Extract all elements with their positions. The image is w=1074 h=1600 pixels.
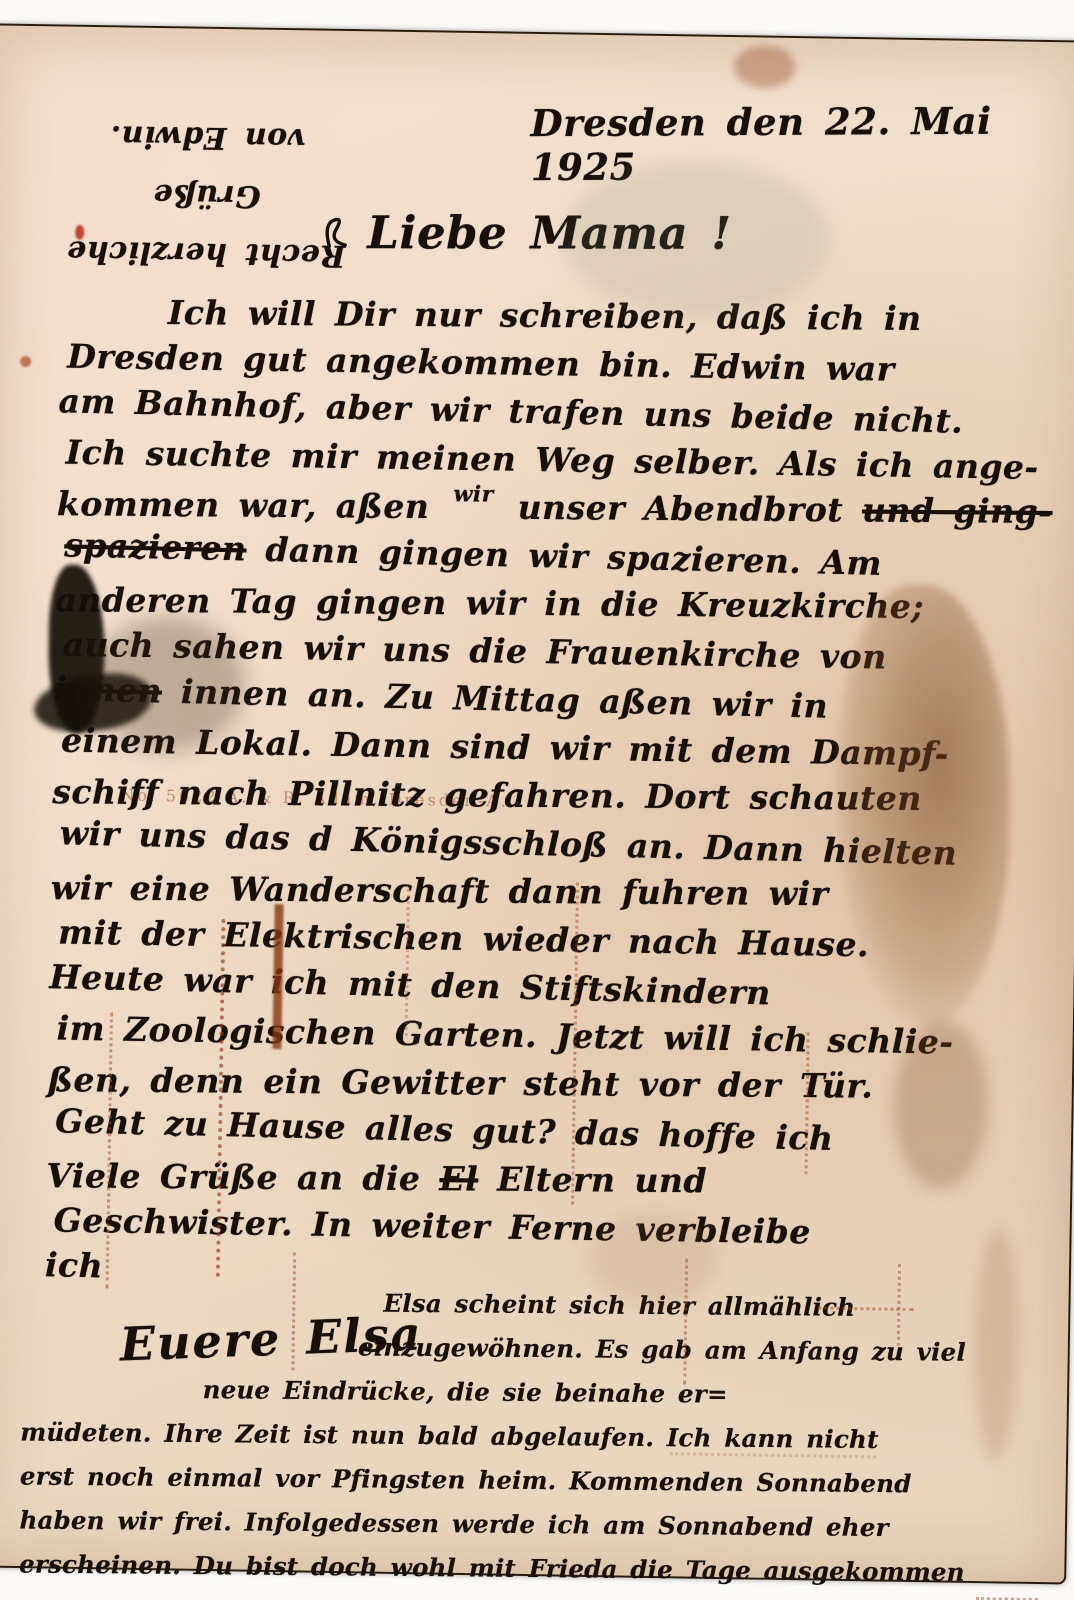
letter-body: Ich will Dir nur schreiben, daß ich in D… (52, 289, 1003, 1312)
letter-text: schiff nach Pillnitz gefahren. Dort scha… (52, 772, 922, 818)
letter-text: Ich will Dir nur schreiben, daß ich in (168, 293, 922, 338)
postcard: Recht herzliche Grüße von Edwin. Dresden… (0, 23, 1074, 1584)
letter-text: ich (45, 1245, 104, 1285)
letter-text: Eltern und (478, 1159, 707, 1200)
strikethrough-text: und ging- (862, 491, 1053, 531)
strikethrough-text: spazieren (64, 525, 247, 568)
letter-line: anderen Tag gingen wir in die Kreuzkirch… (55, 580, 998, 635)
photo-background: { "postcard": { "paper_color": "#ecdcc8"… (0, 0, 1074, 1600)
strikethrough-text: El (439, 1159, 478, 1198)
pen-flourish-icon (319, 212, 357, 254)
stain (20, 356, 31, 367)
letter-text: wir eine Wanderschaft dann fuhren wir (51, 868, 829, 913)
letter-line: wir eine Wanderschaft dann fuhren wir (51, 868, 994, 923)
postscript: Elsa scheint sich hier allmählich einzug… (11, 1285, 1024, 1600)
inserted-word: wir (453, 481, 494, 507)
letter-line: Ich will Dir nur schreiben, daß ich in (60, 292, 1003, 347)
letter-text: Viele Grüße an die (46, 1156, 439, 1198)
margin-note-line: von Edwin. (32, 105, 383, 168)
strikethrough-text: innen (54, 669, 163, 710)
postscript-line: erscheinen. Du bist doch wohl mit Frieda… (11, 1549, 1021, 1600)
letter-text: ßen, denn ein Gewitter steht vor der Tür… (48, 1060, 874, 1105)
salutation: Liebe Mama ! (319, 206, 819, 260)
letter-line: Viele Grüße an die El Eltern und (46, 1156, 989, 1211)
letter-text: unser Abendbrot (499, 488, 863, 530)
letter-text: kommen war, aßen (57, 484, 449, 526)
salutation-text: Liebe Mama ! (367, 206, 731, 260)
stain (734, 45, 797, 88)
dateline: Dresden den 22. Mai 1925 (530, 98, 1030, 189)
letter-text: anderen Tag gingen wir in die Kreuzkirch… (55, 580, 924, 626)
